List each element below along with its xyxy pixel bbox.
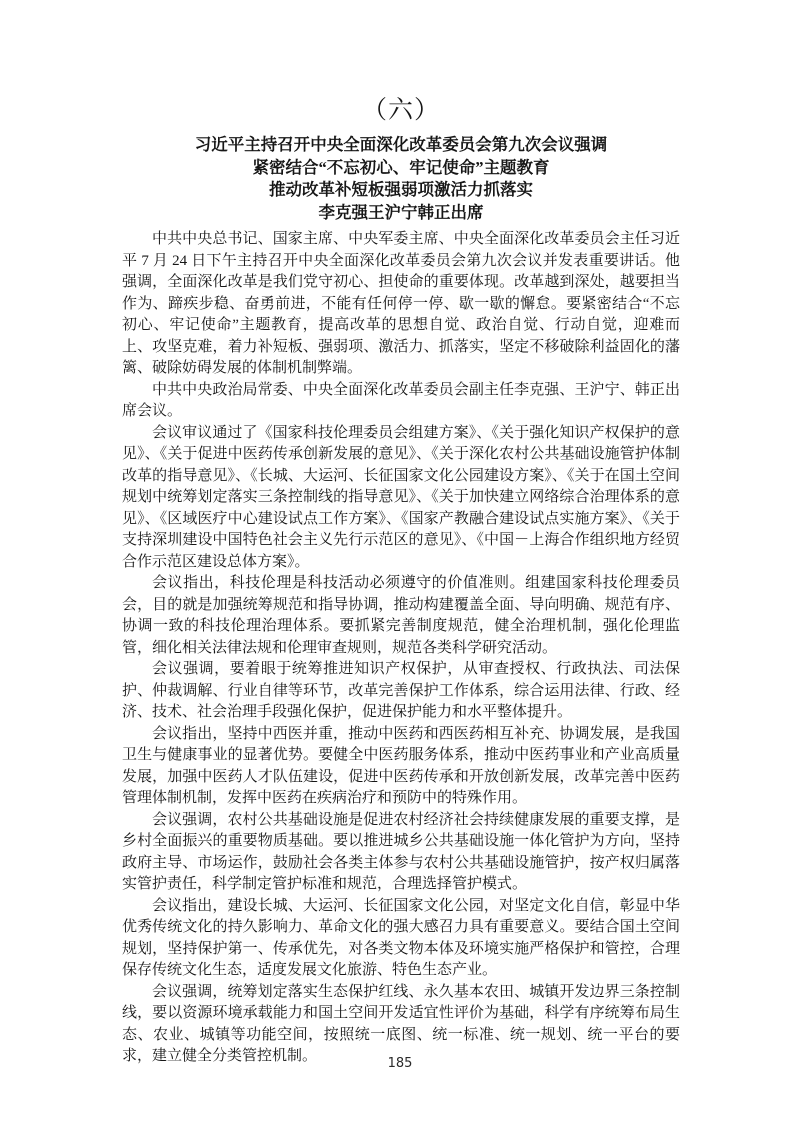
paragraph-9: 会议强调，统筹划定落实生态保护红线、永久基本农田、城镇开发边界三条控制线，要以资… [122,982,680,1068]
section-number: （六） [122,96,680,126]
paragraph-1: 中共中央总书记、国家主席、中央军委主席、中央全面深化改革委员会主任习近平 7 月… [122,229,680,380]
headline-line-1: 习近平主持召开中央全面深化改革委员会第九次会议强调 [122,134,680,157]
headline-line-3: 推动改革补短板强弱项激活力抓落实 [122,179,680,202]
paragraph-7: 会议强调，农村公共基础设施是促进农村经济社会持续健康发展的重要支撑，是乡村全面振… [122,810,680,896]
headline: 习近平主持召开中央全面深化改革委员会第九次会议强调 紧密结合“不忘初心、牢记使命… [122,134,680,224]
paragraph-8: 会议指出，建设长城、大运河、长征国家文化公园，对坚定文化自信，彰显中华优秀传统文… [122,896,680,982]
headline-line-4: 李克强王沪宁韩正出席 [122,202,680,225]
paragraph-2: 中共中央政治局常委、中央全面深化改革委员会副主任李克强、王沪宁、韩正出席会议。 [122,380,680,423]
page-number: 185 [0,1056,800,1071]
paragraph-4: 会议指出，科技伦理是科技活动必须遵守的价值准则。组建国家科技伦理委员会，目的就是… [122,573,680,659]
paragraph-5: 会议强调，要着眼于统筹推进知识产权保护，从审查授权、行政执法、司法保护、仲裁调解… [122,659,680,724]
headline-line-2: 紧密结合“不忘初心、牢记使命”主题教育 [122,157,680,180]
document-page: （六） 习近平主持召开中央全面深化改革委员会第九次会议强调 紧密结合“不忘初心、… [0,0,800,1133]
paragraph-6: 会议指出，坚持中西医并重，推动中医药和西医药相互补充、协调发展，是我国卫生与健康… [122,724,680,810]
paragraph-3: 会议审议通过了《国家科技伦理委员会组建方案》、《关于强化知识产权保护的意见》、《… [122,423,680,574]
document-body: 中共中央总书记、国家主席、中央军委主席、中央全面深化改革委员会主任习近平 7 月… [122,229,680,1068]
